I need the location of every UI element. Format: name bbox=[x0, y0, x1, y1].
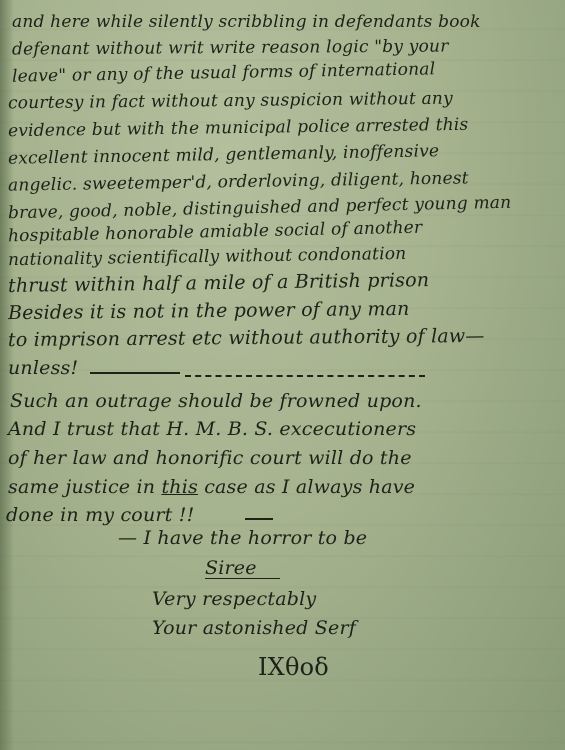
text-line: of her law and honorific court will do t… bbox=[8, 447, 412, 469]
text-line: angelic. sweetemper'd, orderloving, dili… bbox=[8, 168, 469, 195]
text-line: same justice in this case as I always ha… bbox=[8, 476, 415, 498]
text-line: And I trust that H. M. B. S. excecutione… bbox=[8, 418, 416, 440]
rule-line bbox=[245, 518, 273, 520]
text-line: nationality scientifically without condo… bbox=[8, 244, 407, 270]
manuscript-page: and here while silently scribbling in de… bbox=[0, 0, 565, 750]
closing-line: — I have the horror to be bbox=[118, 527, 367, 549]
closing-line: Very respectably bbox=[152, 588, 316, 610]
underlined-word: this bbox=[161, 476, 198, 498]
text-line: and here while silently scribbling in de… bbox=[12, 12, 481, 32]
text-line: evidence but with the municipal police a… bbox=[8, 115, 469, 141]
text-segment: case as I always have bbox=[198, 476, 415, 498]
text-line: unless! bbox=[8, 357, 78, 379]
text-line: defenant without writ write reason logic… bbox=[12, 36, 449, 59]
dashed-rule-line bbox=[185, 375, 425, 377]
text-line: done in my court !! bbox=[6, 504, 194, 526]
text-line: leave" or any of the usual forms of inte… bbox=[12, 59, 436, 86]
text-line: to imprison arrest etc without authority… bbox=[8, 325, 485, 351]
text-segment: same justice in bbox=[8, 476, 161, 498]
closing-salutation: Siree bbox=[205, 557, 257, 579]
text-line: thrust within half a mile of a British p… bbox=[8, 269, 429, 297]
text-line: brave, good, noble, distinguished and pe… bbox=[8, 193, 512, 224]
closing-line: Your astonished Serf bbox=[152, 617, 356, 639]
rule-line bbox=[90, 372, 180, 374]
text-line: excellent innocent mild, gentlemanly, in… bbox=[8, 141, 440, 169]
text-line: Such an outrage should be frowned upon. bbox=[10, 390, 422, 412]
text-line: courtesy in fact without any suspicion w… bbox=[8, 89, 453, 114]
signature: IXθoδ bbox=[258, 653, 329, 681]
rule-line bbox=[205, 578, 280, 579]
text-line: Besides it is not in the power of any ma… bbox=[8, 298, 410, 324]
